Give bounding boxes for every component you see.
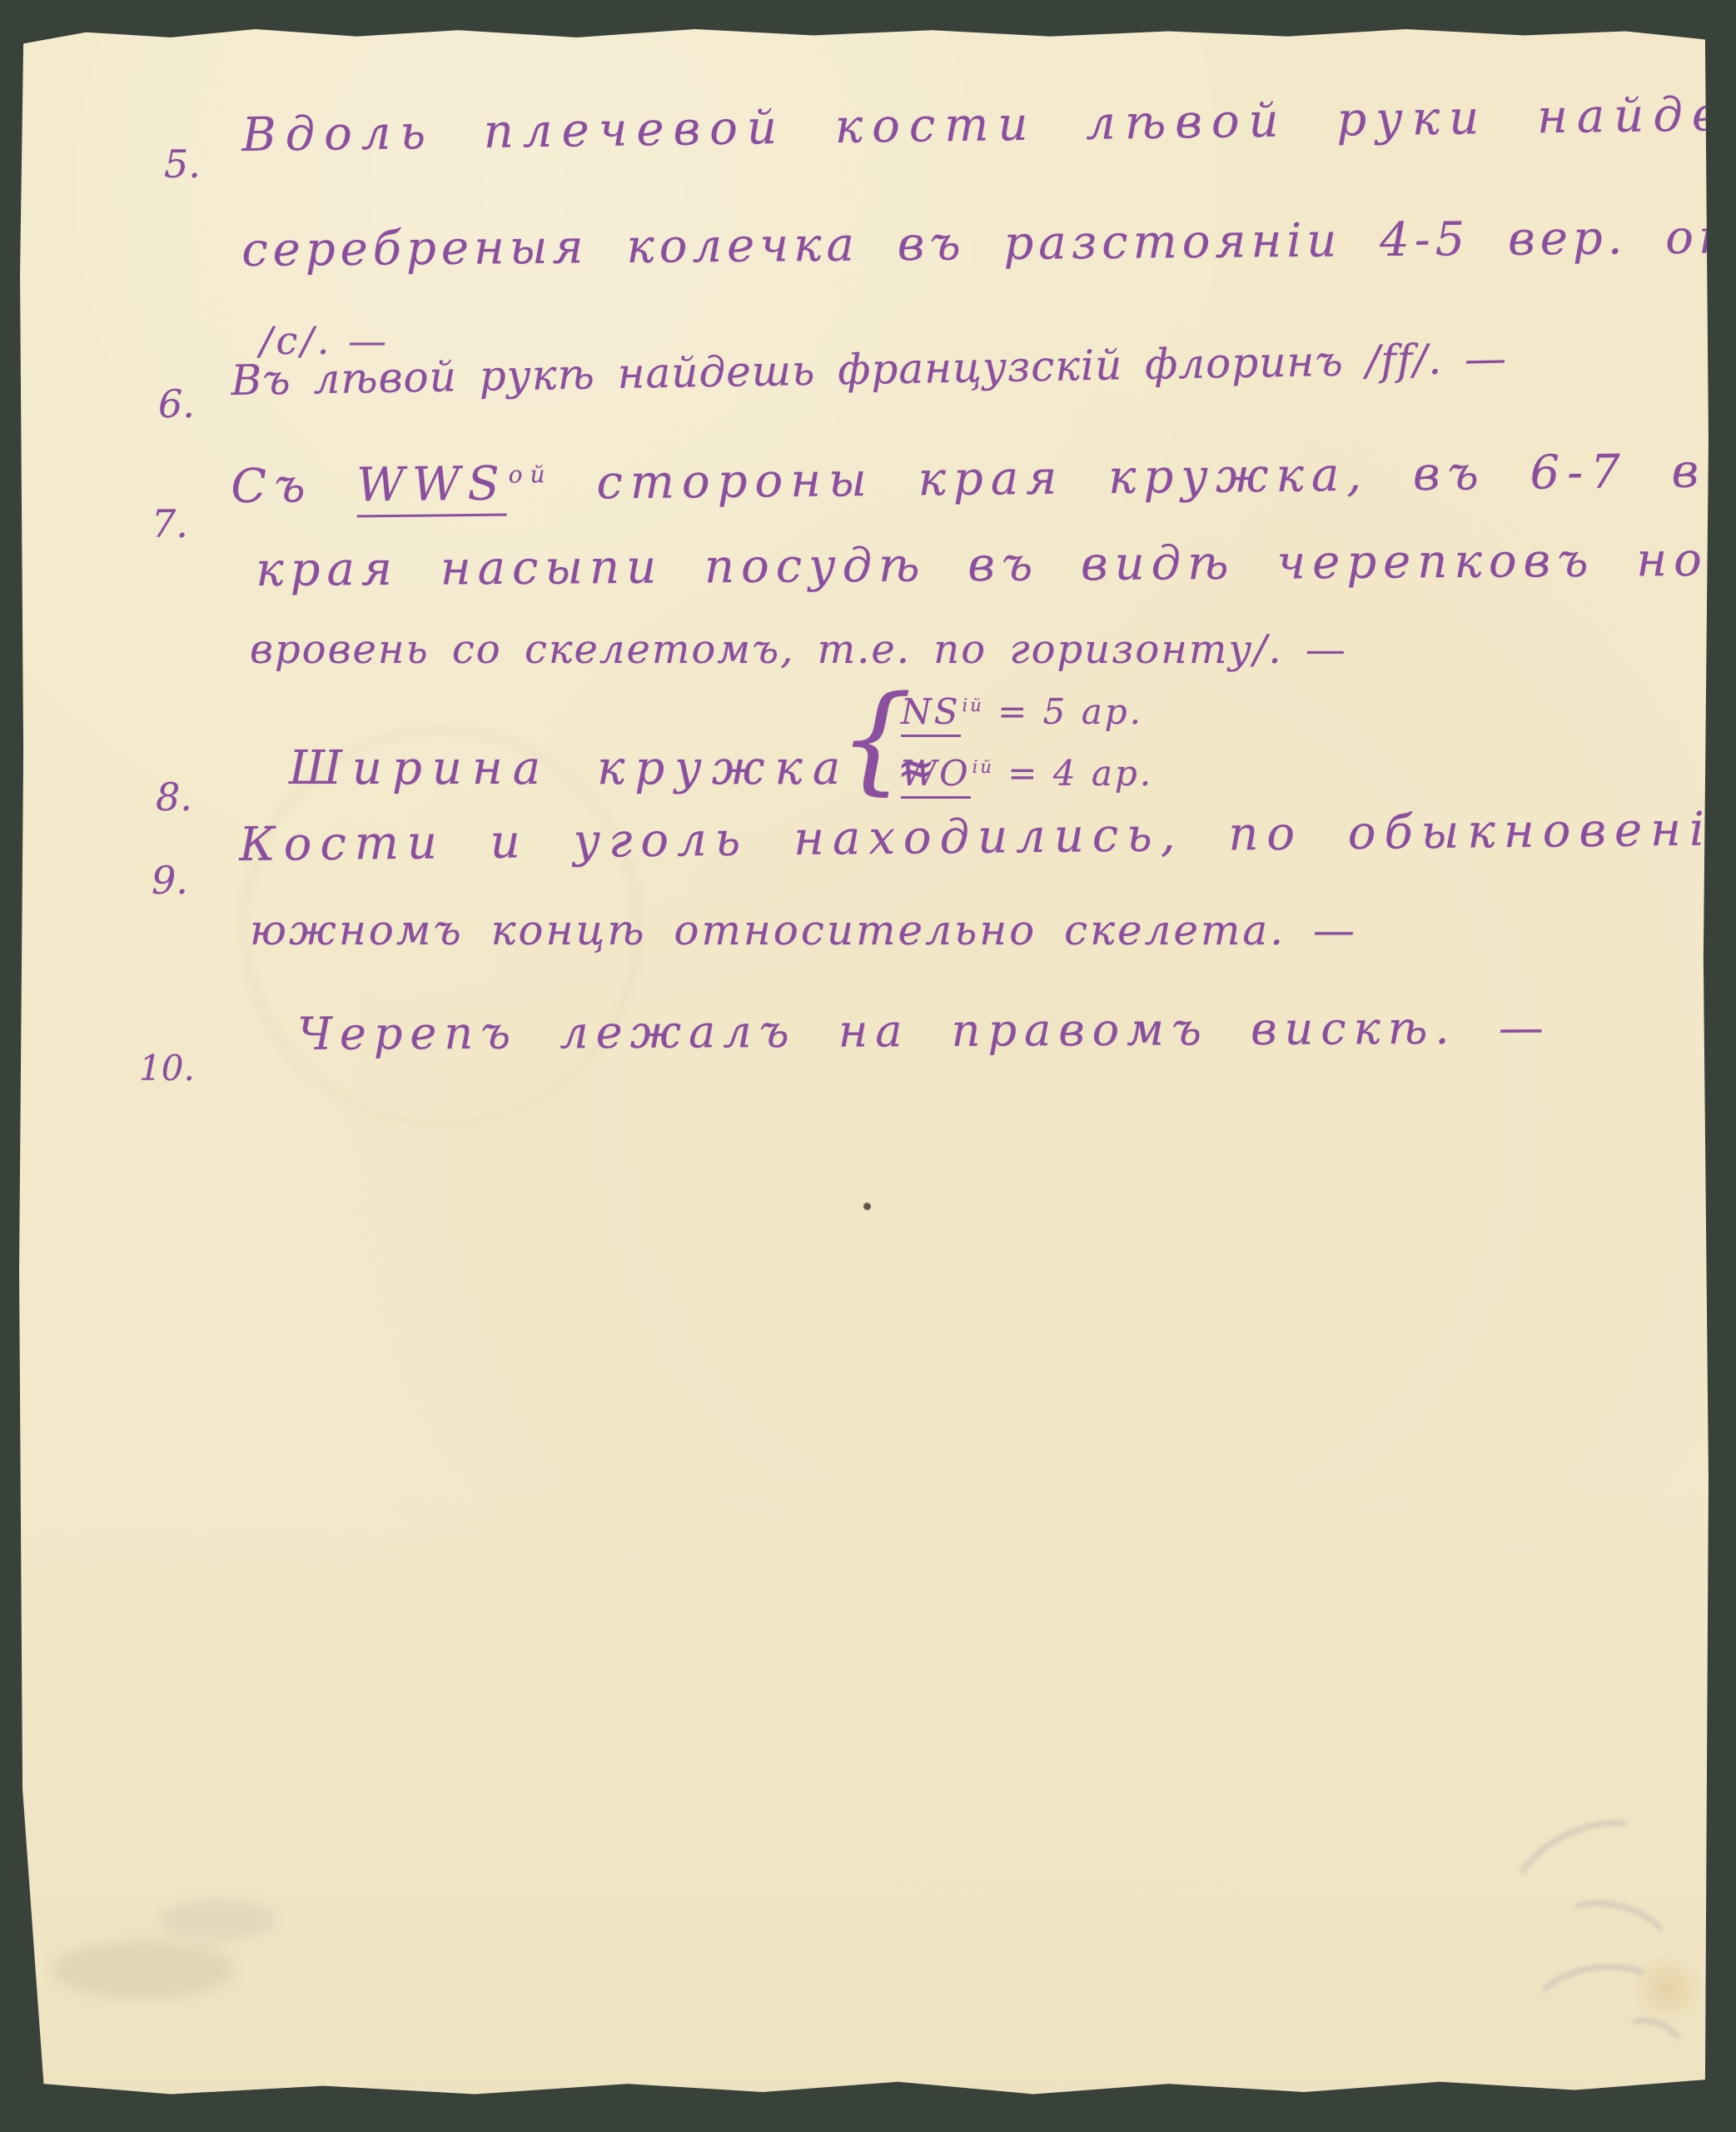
item-7-line-2: края насыпи посудѣ въ видѣ черепковъ но … [256, 531, 1736, 597]
compass-direction-wws-suffix: ой [509, 461, 553, 489]
item-7-line-1: Съ WWSой стороны края кружка, въ 6-7 вер… [231, 441, 1736, 514]
manuscript-page: 5. Вдоль плечевой кости лѣвой руки найде… [18, 25, 1710, 2100]
item-7-line-1-pre: Съ [231, 458, 357, 514]
item-7-line-1-rest: стороны края кружка, въ 6-7 вер. отъ [552, 441, 1736, 511]
item-8-width-wo: WOій = 4 ар. [901, 753, 1153, 794]
item-8-number: 8. [156, 775, 192, 819]
item-8-width-ns: NSій = 5 ар. [901, 691, 1143, 732]
paper-smudge [52, 1940, 235, 1999]
item-9-number: 9. [152, 858, 188, 903]
item-5-line-2: серебреныя колечка въ разстояніи 4-5 вер… [241, 208, 1736, 277]
item-7-number: 7. [152, 501, 188, 546]
item-5-line-1: Вдоль плечевой кости лѣвой руки найдешь … [241, 84, 1736, 162]
item-6-line-1: Въ лѣвой рукѣ найдешь французскій флорин… [231, 334, 1508, 405]
item-5-number: 5. [164, 142, 201, 187]
item-10-number: 10. [139, 1048, 195, 1088]
compass-direction-wo: WO [901, 753, 971, 799]
item-8-width-wo-value: = 4 ар. [1007, 753, 1153, 794]
compass-direction-ns-suffix: ій [963, 695, 984, 715]
item-7-line-3: вровень со скелетомъ, т.е. по горизонту/… [250, 626, 1347, 673]
item-10-line-1: Черепъ лежалъ на правомъ вискѣ. — [297, 1001, 1551, 1060]
compass-direction-ns: NS [901, 691, 961, 737]
item-9-line-2: южномъ концѣ относительно скелета. — [250, 906, 1357, 954]
ink-speck [863, 1203, 871, 1210]
photo-background: 5. Вдоль плечевой кости лѣвой руки найде… [0, 0, 1736, 2132]
compass-direction-wo-suffix: ій [972, 757, 994, 777]
paper-smudge [160, 1899, 276, 1940]
compass-direction-wws: WWS [356, 457, 507, 518]
item-8-width-ns-value: = 5 ар. [997, 691, 1143, 732]
item-6-number: 6. [158, 381, 195, 426]
